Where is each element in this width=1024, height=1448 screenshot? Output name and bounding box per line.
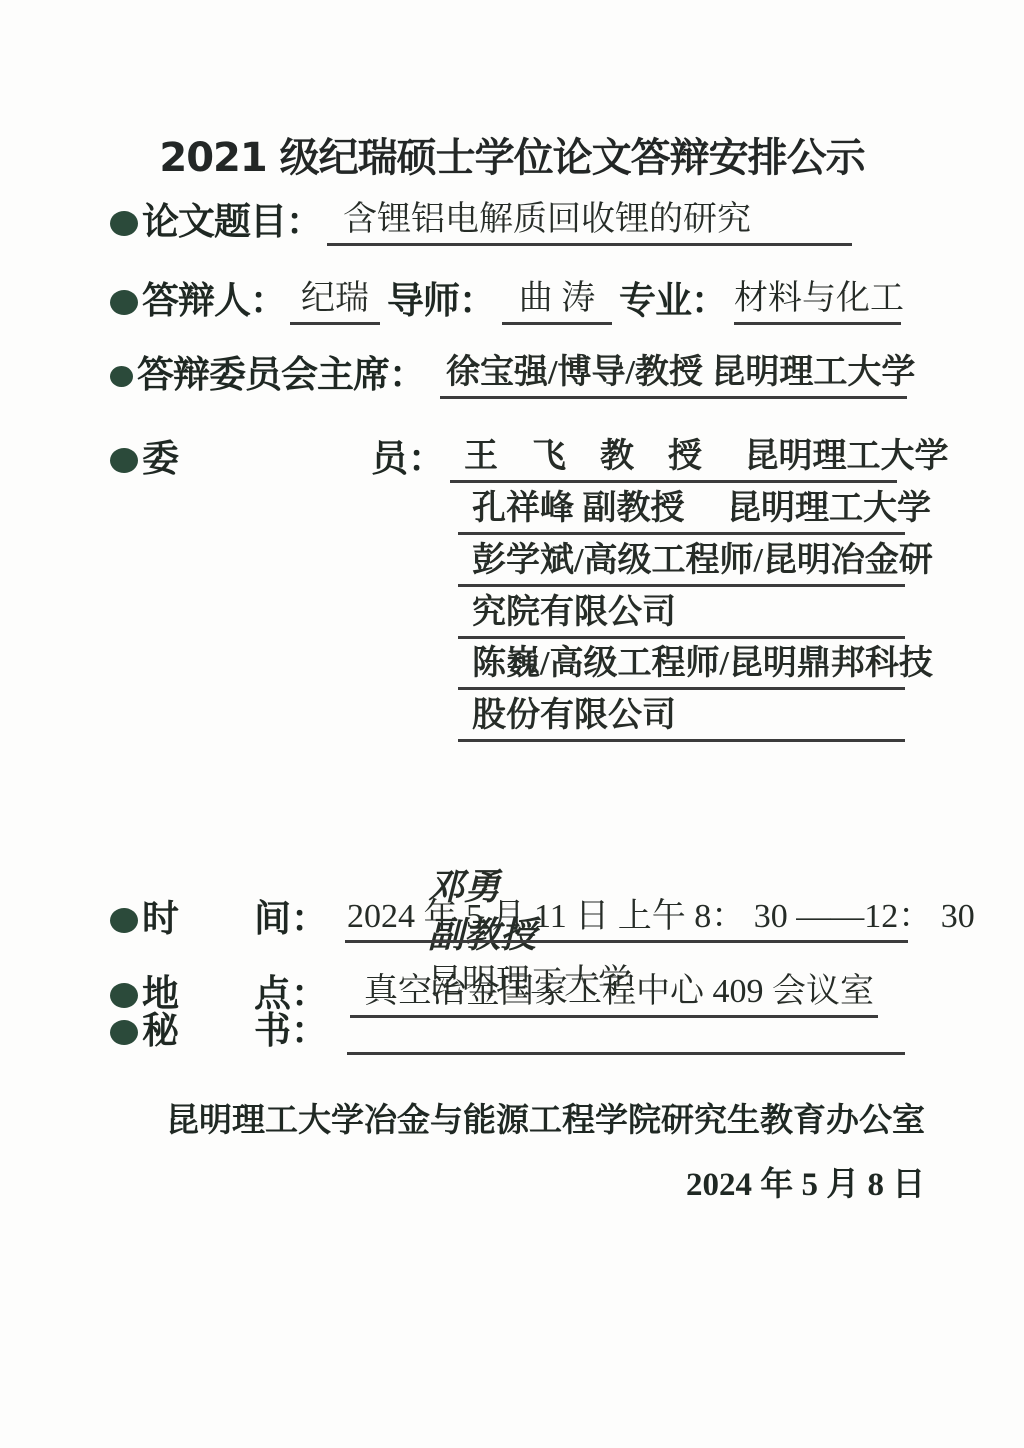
committee-chair-field: 徐宝强/博导/教授 昆明理工大学 [440,350,907,399]
defender-row: 答辩人： 纪瑞 导师： 曲 涛 专业： 材料与化工 [110,276,901,325]
location-label-second: 点： [254,972,328,1018]
member-line: 彭学斌/高级工程师/昆明冶金研 [458,538,905,587]
footer-office: 昆明理工大学冶金与能源工程学院研究生教育办公室 [166,1094,925,1141]
bullet-icon [110,448,138,473]
bullet-icon [110,1020,138,1045]
member-line: 陈巍/高级工程师/昆明鼎邦科技 [458,641,905,690]
bullet-icon [110,290,138,315]
location-field: 真空冶金国家工程中心 409 会议室 [350,969,878,1018]
member-line: 究院有限公司 [458,590,905,639]
bullet-icon [110,366,133,387]
location-label-first: 地 [142,972,179,1018]
member-line: 王 飞 教 授 昆明理工大学 [450,434,897,483]
advisor-label: 导师： [387,279,495,325]
time-label-second: 间： [254,897,328,943]
member-line: 股份有限公司 [458,693,905,742]
location-label: 地 点： [142,972,328,1018]
time-field: 2024 年 5 月 11 日 上午 8： 30 ——12： 30 [345,894,908,943]
thesis-title-field: 含锂铝电解质回收锂的研究 [327,197,852,246]
thesis-title-row: 论文题目： 含锂铝电解质回收锂的研究 [110,197,852,246]
time-row: 时 间： 2024 年 5 月 11 日 上午 8： 30 ——12： 30 [110,894,908,943]
members-label-second: 员： [371,437,445,483]
page-title: 2021 级纪瑞硕士学位论文答辩安排公示 [0,126,1024,183]
committee-chair-label: 答辩委员会主席： [137,353,425,399]
defender-name-field: 纪瑞 [290,276,380,325]
major-label: 专业： [619,279,727,325]
members-label-first: 委 [142,437,179,483]
major-field: 材料与化工 [734,276,901,325]
time-label-first: 时 [142,897,179,943]
committee-chair-row: 答辩委员会主席： 徐宝强/博导/教授 昆明理工大学 [110,350,907,399]
time-label: 时 间： [142,897,328,943]
bullet-icon [110,908,138,933]
bullet-icon [110,983,138,1008]
thesis-title-label: 论文题目： [142,200,322,246]
committee-members-label: 委 员： [142,437,445,483]
member-line: 孔祥峰 副教授 昆明理工大学 [458,486,905,535]
footer-date: 2024 年 5 月 8 日 [686,1158,925,1205]
document-page: 2021 级纪瑞硕士学位论文答辩安排公示 论文题目： 含锂铝电解质回收锂的研究 … [0,0,1024,1448]
bullet-icon [110,211,138,236]
location-row: 地 点： 真空冶金国家工程中心 409 会议室 [110,969,878,1018]
defender-label: 答辩人： [142,279,286,325]
advisor-name-field: 曲 涛 [502,276,612,325]
committee-members-row: 委 员： 王 飞 教 授 昆明理工大学 [110,434,897,483]
